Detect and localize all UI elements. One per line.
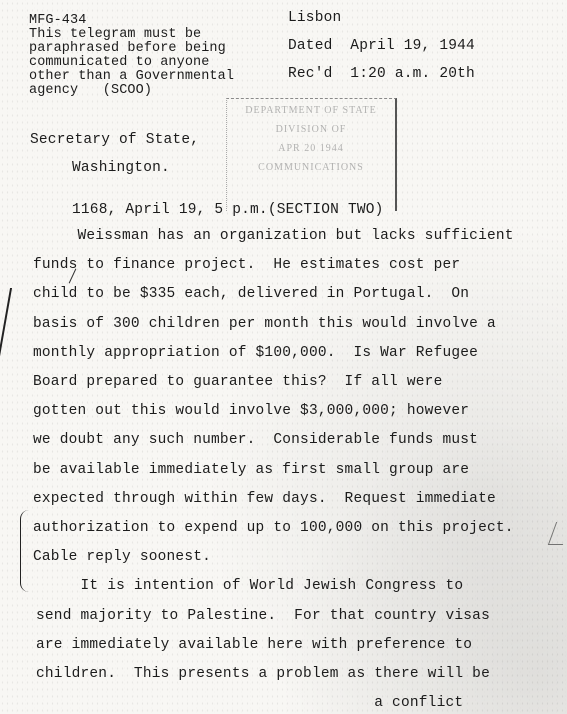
notice-line: This telegram must be [29,28,201,41]
body-line: basis of 300 children per month this wou… [33,316,496,332]
received-stamp: DEPARTMENT OF STATE DIVISION OF APR 20 1… [226,98,397,211]
stamp-line: APR 20 1944 [227,143,395,154]
body-line: Weissman has an organization but lacks s… [33,228,514,244]
origin-city: Lisbon [288,10,341,26]
received-line: Rec'd 1:20 a.m. 20th [288,66,475,82]
body-line: Board prepared to guarantee this? If all… [33,374,442,390]
message-header: 1168, April 19, 5 p.m.(SECTION TWO) [72,202,384,218]
body-line: authorization to expend up to 100,000 on… [33,520,514,536]
body-line: be available immediately as first small … [33,462,469,478]
margin-bracket [20,510,29,592]
body-line: monthly appropriation of $100,000. Is Wa… [33,345,478,361]
stamp-line: DEPARTMENT OF STATE [227,105,395,116]
body-line: It is intention of World Jewish Congress… [36,578,463,594]
stamp-line: DIVISION OF [227,124,395,135]
margin-initial [548,522,567,545]
notice-line: communicated to anyone [29,56,209,69]
body-line: expected through within few days. Reques… [33,491,496,507]
notice-line: paraphrased before being [29,42,226,55]
body-line: funds to finance project. He estimates c… [33,257,460,273]
address-city: Washington. [72,160,170,176]
body-line: children. This presents a problem as the… [36,666,490,682]
body-line: send majority to Palestine. For that cou… [36,608,490,624]
body-line: Cable reply soonest. [33,549,211,565]
addressee: Secretary of State, [30,132,199,148]
notice-line: agency (SCOO) [29,84,152,97]
dated-line: Dated April 19, 1944 [288,38,475,54]
body-line: are immediately available here with pref… [36,637,472,653]
body-line: child to be $335 each, delivered in Port… [33,286,469,302]
body-line: gotten out this would involve $3,000,000… [33,403,469,419]
telegram-page: MFG-434 This telegram must be paraphrase… [0,0,567,714]
notice-line: other than a Governmental [29,70,234,83]
margin-mark [0,288,12,368]
stamp-line: COMMUNICATIONS [227,162,395,173]
telegram-ref: MFG-434 [29,14,86,27]
body-line: we doubt any such number. Considerable f… [33,432,478,448]
body-line: a conflict [36,695,463,711]
